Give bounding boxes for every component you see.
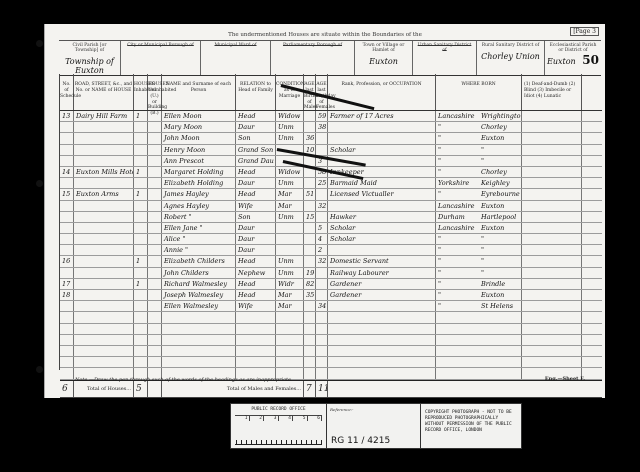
born-county: " [436,234,479,244]
infirmity [522,256,582,266]
relation: Daur [236,245,276,255]
age-male: 19 [304,268,316,278]
born-place: Wrightington [479,111,522,121]
age-male [304,256,316,266]
relation: Head [236,111,276,121]
age-male [304,178,316,188]
table-row: Ellen WalmesleyWifeMar34"St Helens [60,301,602,312]
census-page: The undermentioned Houses are situate wi… [44,24,605,398]
born-county: " [436,156,479,166]
born-place: " [479,234,522,244]
person-name: Ann Prescot [162,156,236,166]
condition: Mar [276,290,304,300]
house-name [74,212,134,222]
house-name: Dairy Hill Farm [74,111,134,121]
table-row: Agnes HayleyWifeMar32LancashireEuxton [60,201,602,212]
person-name [162,346,236,356]
born-place: St Helens [479,301,522,311]
table-row [60,335,602,346]
public-record-office-stamp: PUBLIC RECORD OFFICE 1 2 3 4 5 6 Referen… [230,403,522,449]
col-relation: RELATION to Head of Family [236,74,276,110]
houses-inhabited [134,290,148,300]
age-male [304,245,316,255]
schedule-number [60,201,74,211]
relation [236,346,276,356]
age-female [316,368,328,378]
infirmity [522,290,582,300]
houses-inhabited [134,145,148,155]
occupation [328,133,436,143]
born-place [479,335,522,345]
footnote: Note.—Draw the pen through such of the w… [75,377,293,383]
schedule-number: 18 [60,290,74,300]
houses-uninhabited [148,122,162,132]
totals-blank [328,381,582,397]
house-name [74,223,134,233]
condition: Unm [276,256,304,266]
relation: Son [236,133,276,143]
schedule-number [60,335,74,345]
house-name [74,335,134,345]
occupation: Scholar [328,223,436,233]
person-name: Ellen Moon [162,111,236,121]
age-male: 82 [304,279,316,289]
infirmity [522,346,582,356]
occupation: Scholar [328,145,436,155]
condition [276,357,304,367]
census-table: No. of Schedule ROAD, STREET, &c., and N… [59,74,602,370]
born-county: Lancashire [436,201,479,211]
age-male [304,368,316,378]
table-row [60,312,602,323]
born-county: Durham [436,212,479,222]
houses-uninhabited [148,111,162,121]
house-name [74,145,134,155]
born-place: " [479,145,522,155]
born-place: " [479,268,522,278]
schedule-number [60,268,74,278]
age-male [304,301,316,311]
person-name: Henry Moon [162,145,236,155]
age-male [304,357,316,367]
pro-copyright: COPYRIGHT PHOTOGRAPH - NOT TO BE REPRODU… [421,404,519,448]
age-male [304,223,316,233]
boundary-heading: The undermentioned Houses are situate wi… [45,32,605,38]
occupation [328,324,436,334]
schedule-number [60,301,74,311]
person-name: John Moon [162,133,236,143]
relation [236,357,276,367]
condition: Unm [276,178,304,188]
punch-hole [36,366,43,373]
person-name: Joseph Walmesley [162,290,236,300]
infirmity [522,268,582,278]
col-age-female: AGE last Birthday of Females [316,74,328,110]
schedule-number [60,133,74,143]
born-county: " [436,279,479,289]
age-male [304,346,316,356]
houses-uninhabited [148,189,162,199]
house-name [74,245,134,255]
schedule-number: 13 [60,111,74,121]
relation: Head [236,279,276,289]
houses-inhabited [134,301,148,311]
table-row [60,357,602,368]
houses-inhabited: 1 [134,189,148,199]
person-name: Alice " [162,234,236,244]
born-place [479,368,522,378]
relation: Daur [236,234,276,244]
born-place: " [479,156,522,166]
houses-uninhabited [148,268,162,278]
houses-uninhabited [148,234,162,244]
person-name: John Childers [162,268,236,278]
born-county [436,335,479,345]
person-name: James Hayley [162,189,236,199]
condition: Mar [276,189,304,199]
condition: Unm [276,268,304,278]
born-place: Euxton [479,133,522,143]
table-row: Elizabeth HoldingDaurUnm25Barmaid MaidYo… [60,178,602,189]
house-name [74,156,134,166]
infirmity [522,245,582,255]
houses-uninhabited [148,256,162,266]
relation: Head [236,290,276,300]
houses-uninhabited [148,279,162,289]
table-row: Robert "SonUnm15HawkerDurhamHartlepool [60,212,602,223]
age-male [304,201,316,211]
col-name: NAME and Surname of each Person [162,74,236,110]
schedule-number [60,234,74,244]
condition: Unm [276,122,304,132]
table-row: 15Euxton Arms1James HayleyHeadMar51Licen… [60,189,602,200]
born-place: " [479,256,522,266]
born-county: Yorkshire [436,178,479,188]
houses-inhabited [134,245,148,255]
born-place [479,324,522,334]
table-row: John MoonSonUnm36"Euxton [60,133,602,144]
col-condition: CONDITION as to Marriage [276,74,304,110]
born-place: " [479,245,522,255]
age-female: 34 [316,301,328,311]
person-name: Ellen Walmesley [162,301,236,311]
relation: Head [236,256,276,266]
house-name [74,324,134,334]
infirmity [522,133,582,143]
houses-inhabited [134,324,148,334]
born-place: Brindle [479,279,522,289]
house-name [74,346,134,356]
age-female [316,279,328,289]
born-county [436,312,479,322]
schedule-number [60,368,74,378]
occupation: Farmer of 17 Acres [328,111,436,121]
age-female [316,346,328,356]
infirmity [522,178,582,188]
age-male [304,312,316,322]
house-name [74,279,134,289]
condition [276,335,304,345]
house-name: Euxton Arms [74,189,134,199]
pro-title: PUBLIC RECORD OFFICE [231,407,326,412]
sheet-label: Eng.—Sheet F. [545,376,585,382]
person-name: Elizabeth Holding [162,178,236,188]
houses-inhabited [134,357,148,367]
schedule-number: 14 [60,167,74,177]
infirmity [522,189,582,199]
relation: Son [236,212,276,222]
born-county: " [436,268,479,278]
infirmity [522,122,582,132]
occupation [328,122,436,132]
table-row: Ellen Jane "Daur5ScholarLancashireEuxton [60,223,602,234]
houses-inhabited [134,223,148,233]
born-place: Hartlepool [479,212,522,222]
condition [276,312,304,322]
col-where-born: WHERE BORN [436,74,522,110]
schedule-number [60,324,74,334]
infirmity [522,156,582,166]
occupation [328,346,436,356]
houses-uninhabited [148,156,162,166]
house-name [74,133,134,143]
age-female [316,324,328,334]
condition: Unm [276,212,304,222]
condition: Widow [276,111,304,121]
houses-uninhabited [148,212,162,222]
table-row: 171Richard WalmesleyHeadWidr82Gardener"B… [60,279,602,290]
total-males: 7 [304,381,316,397]
district-town-village: Town or Village or Hamlet of Euxton [355,41,413,75]
houses-inhabited [134,234,148,244]
punch-hole [36,40,43,47]
houses-inhabited: 1 [134,111,148,121]
age-male: 15 [304,212,316,222]
born-county [436,324,479,334]
infirmity [522,335,582,345]
born-county: " [436,133,479,143]
born-place [479,312,522,322]
occupation [328,357,436,367]
houses-uninhabited [148,335,162,345]
schedule-number [60,346,74,356]
col-inhabited: HOUSES Inhabited [134,74,148,110]
born-place: Chorley [479,167,522,177]
born-county: " [436,245,479,255]
occupation: Licensed Victualler [328,189,436,199]
occupation: Barmaid Maid [328,178,436,188]
col-schedule: No. of Schedule [60,74,74,110]
age-female [316,357,328,367]
table-row: Alice "Daur4Scholar"" [60,234,602,245]
condition [276,346,304,356]
age-male [304,335,316,345]
age-female: 32 [316,201,328,211]
age-male [304,324,316,334]
census-rows: 13Dairy Hill Farm1Ellen MoonHeadWidow59F… [60,111,602,380]
age-male: 51 [304,189,316,199]
pro-reference: Reference:- RG 11 / 4215 [327,404,421,448]
person-name: Annie " [162,245,236,255]
person-name: Ellen Jane " [162,223,236,233]
schedule-number [60,178,74,188]
person-name [162,335,236,345]
infirmity [522,223,582,233]
house-name [74,268,134,278]
relation: Head [236,167,276,177]
relation: Head [236,189,276,199]
condition [276,245,304,255]
infirmity [522,234,582,244]
occupation [328,312,436,322]
district-municipal-borough: City or Municipal Borough of [121,41,201,75]
house-name [74,312,134,322]
column-headers: No. of Schedule ROAD, STREET, &c., and N… [60,74,602,111]
occupation: Scholar [328,234,436,244]
born-county: " [436,301,479,311]
occupation [328,201,436,211]
schedule-number [60,223,74,233]
born-county [436,368,479,378]
houses-uninhabited [148,178,162,188]
age-male [304,122,316,132]
houses-uninhabited [148,167,162,177]
age-female: 4 [316,234,328,244]
relation: Grand Dau [236,156,276,166]
condition [276,234,304,244]
houses-inhabited [134,201,148,211]
condition [276,223,304,233]
schedule-number [60,212,74,222]
houses-inhabited: 1 [134,167,148,177]
district-civil-parish: Civil Parish [or Township] of Township o… [59,41,121,75]
houses-uninhabited [148,324,162,334]
house-name [74,178,134,188]
age-female [316,335,328,345]
schedule-number [60,312,74,322]
schedule-number [60,145,74,155]
age-female [316,290,328,300]
person-name: Robert " [162,212,236,222]
reference-number: RG 11 / 4215 [331,436,390,446]
person-name: Elizabeth Childers [162,256,236,266]
person-name: Richard Walmesley [162,279,236,289]
condition [276,324,304,334]
born-county [436,357,479,367]
relation: Grand Son [236,145,276,155]
infirmity [522,212,582,222]
table-row [60,324,602,335]
infirmity [522,111,582,121]
person-name: Margaret Holding [162,167,236,177]
occupation [328,245,436,255]
occupation: Gardener [328,279,436,289]
born-county: " [436,256,479,266]
person-name [162,312,236,322]
schedule-number [60,122,74,132]
born-county [436,346,479,356]
table-row: 13Dairy Hill Farm1Ellen MoonHeadWidow59F… [60,111,602,122]
age-female [316,189,328,199]
houses-uninhabited [148,145,162,155]
relation: Wife [236,301,276,311]
table-row: John ChildersNephewUnm19Railway Labourer… [60,268,602,279]
district-urban-sanitary: Urban Sanitary District of [413,41,477,75]
houses-uninhabited [148,245,162,255]
infirmity [522,357,582,367]
born-place: Eyrebourne [479,189,522,199]
schedule-number [60,245,74,255]
age-female: 38 [316,122,328,132]
age-female [316,145,328,155]
houses-uninhabited [148,290,162,300]
pro-scale: PUBLIC RECORD OFFICE 1 2 3 4 5 6 [231,404,327,448]
col-uninhabited: HOUSES Uninhabited (U.) or Building (B.) [148,74,162,110]
houses-inhabited [134,133,148,143]
houses-inhabited [134,212,148,222]
age-male [304,234,316,244]
houses-uninhabited [148,346,162,356]
houses-uninhabited [148,357,162,367]
houses-uninhabited [148,201,162,211]
infirmity [522,167,582,177]
district-rural-sanitary: Rural Sanitary District of Chorley Union [477,41,545,75]
house-name [74,301,134,311]
age-female: 32 [316,256,328,266]
houses-inhabited [134,122,148,132]
relation: Nephew [236,268,276,278]
infirmity [522,145,582,155]
infirmity [522,324,582,334]
condition: Mar [276,201,304,211]
schedule-number: 15 [60,189,74,199]
person-name [162,324,236,334]
occupation: Gardener [328,290,436,300]
district-header: Civil Parish [or Township] of Township o… [59,40,601,76]
age-female [316,212,328,222]
occupation [328,368,436,378]
infirmity [522,312,582,322]
table-row: 161Elizabeth ChildersHeadUnm32Domestic S… [60,256,602,267]
house-name [74,201,134,211]
infirmity [522,279,582,289]
col-infirmity: (1) Deaf-and-Dumb (2) Blind (3) Imbecile… [522,74,582,110]
born-place: Chorley [479,122,522,132]
table-row: Henry MoonGrand Son10Scholar"" [60,145,602,156]
age-male [304,111,316,121]
house-name: Euxton Mills Hotel [74,167,134,177]
houses-inhabited [134,346,148,356]
table-row: Annie "Daur2"" [60,245,602,256]
relation: Daur [236,223,276,233]
born-county: " [436,290,479,300]
district-municipal-ward: Municipal Ward of [201,41,271,75]
houses-uninhabited [148,312,162,322]
schedule-number [60,156,74,166]
relation: Daur [236,178,276,188]
condition: Mar [276,301,304,311]
age-female: 25 [316,178,328,188]
person-name: Mary Moon [162,122,236,132]
house-name [74,234,134,244]
scale-numbers: 1 2 3 4 5 6 [235,415,322,421]
born-county: " [436,189,479,199]
district-parliamentary-borough: Parliamentary Borough of [271,41,355,75]
houses-inhabited [134,312,148,322]
houses-inhabited: 1 [134,256,148,266]
born-county: Lancashire [436,111,479,121]
district-ecclesiastical: Ecclesiastical Parish or District of Eux… [545,41,601,75]
